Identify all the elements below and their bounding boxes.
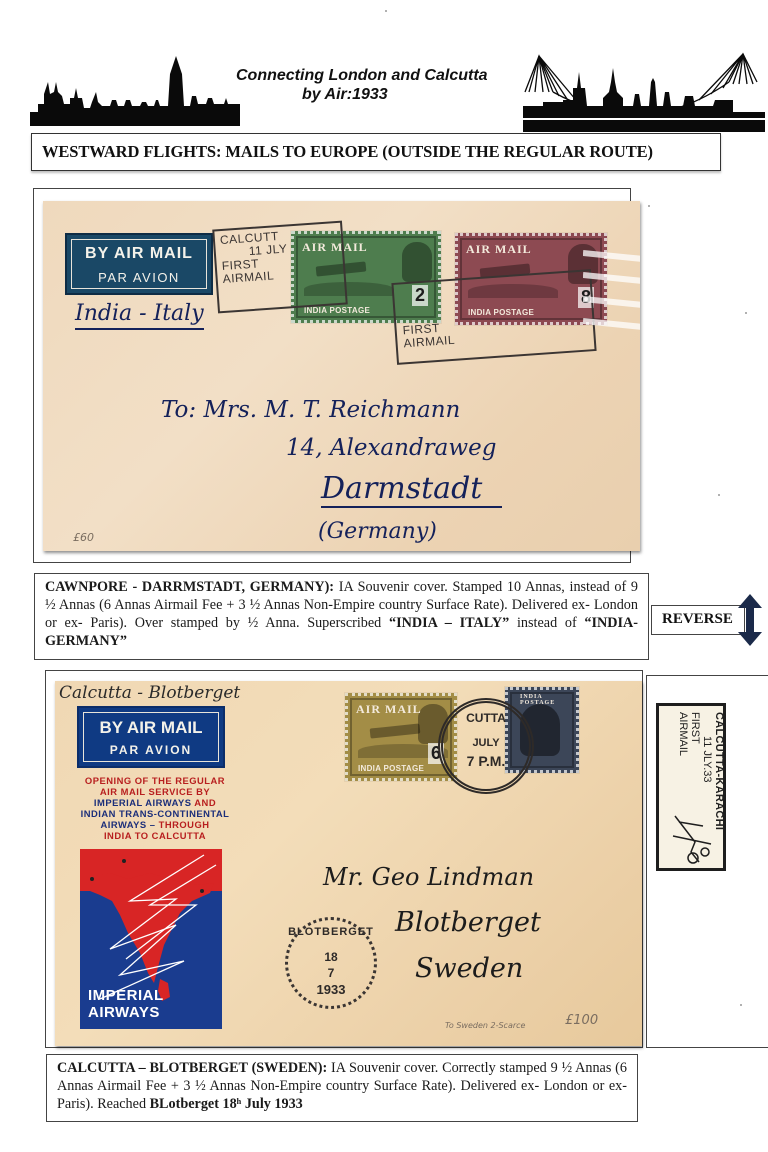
header-title-line2: by Air:1933 [236, 85, 526, 104]
airmail-label: BY AIR MAIL PAR AVION [65, 233, 213, 295]
airmail-label-line1: BY AIR MAIL [79, 718, 223, 738]
cover1-caption: CAWNPORE - DARRMSTADT, GERMANY): IA Souv… [34, 573, 649, 660]
stamp-bottom-text: INDIA POSTAGE [304, 306, 370, 315]
pencil-price-note: £60 [73, 531, 94, 544]
vignette-line2: AIRWAYS [88, 1004, 164, 1021]
stamp-top-text: AIR MAIL [356, 702, 422, 717]
vignette-line1: IMPERIAL [88, 987, 164, 1004]
cover2-caption: CALCUTTA – BLOTBERGET (SWEDEN): IA Souve… [46, 1054, 638, 1122]
address-line3: Darmstadt [321, 471, 502, 508]
address-line2: Blotberget [395, 907, 541, 938]
pencil-price-note: £100 [565, 1013, 598, 1028]
king-portrait-icon [402, 242, 432, 282]
airmail-label-line1: BY AIR MAIL [67, 245, 211, 263]
handwritten-route: Calcutta - Blotberget [59, 683, 240, 703]
address-line3: Sweden [415, 953, 523, 984]
calcutta-postmark: CUTTA JULY 7 P.M. [438, 698, 534, 794]
section-title: WESTWARD FLIGHTS: MAILS TO EUROPE (OUTSI… [31, 133, 721, 171]
postmark-line2: 18 [288, 950, 374, 964]
postmark-line3: 7 P.M. [443, 753, 529, 769]
address-line4: (Germany) [318, 519, 437, 544]
airmail-label: BY AIR MAIL PAR AVION [77, 706, 225, 768]
machine-cancel-lines-icon [583, 241, 640, 331]
postmark-line3: 7 [288, 966, 374, 980]
airmail-label-line2: PAR AVION [67, 270, 211, 285]
calcutta-bridge-skyline-icon [523, 52, 765, 132]
caption-emphasis: “INDIA – ITALY” [389, 615, 509, 631]
first-airmail-cancel: CALCUTT 11 JLY FIRST AIRMAIL [212, 221, 348, 314]
header-title: Connecting London and Calcutta by Air:19… [236, 66, 526, 104]
imperial-airways-name: IMPERIAL AIRWAYS [88, 987, 164, 1021]
pencil-scarcity-note: To Sweden 2-Scarce [445, 1021, 525, 1030]
caption-title: CALCUTTA – BLOTBERGET (SWEDEN): [57, 1060, 327, 1076]
speck [648, 205, 650, 207]
stamp-top-text: AIR MAIL [466, 242, 532, 257]
first-airmail-cancel-2: FIRST AIRMAIL [391, 269, 596, 365]
postmark-line2: JULY [443, 737, 529, 749]
cancel-line3: AIRMAIL [403, 334, 455, 351]
postmark-line1: BLOTBERGET [288, 926, 374, 938]
reverse-side-cancel: CALCUTTA-KARACHI 11 JLY.33 FIRST AIRMAIL [656, 703, 726, 871]
announcement-line: AIRWAYS – [100, 819, 155, 830]
speck [745, 312, 747, 314]
imperial-airways-vignette: IMPERIAL AIRWAYS [80, 849, 222, 1029]
cover1-envelope: BY AIR MAIL PAR AVION India - Italy AIR … [43, 201, 640, 551]
airplane-sketch-icon [669, 812, 717, 868]
announcement-line: AND [194, 797, 216, 808]
announcement-line: INDIAN TRANS-CONTINENTAL [75, 808, 235, 819]
postmark-line4: 1933 [288, 982, 374, 997]
announcement-line: AIR MAIL SERVICE BY [75, 786, 235, 797]
header-title-line1: Connecting London and Calcutta [236, 67, 488, 84]
announcement-line: THROUGH [159, 819, 210, 830]
address-line1: To: Mrs. M. T. Reichmann [161, 397, 460, 423]
cover2-envelope: Calcutta - Blotberget BY AIR MAIL PAR AV… [55, 681, 642, 1046]
blotberget-postmark: BLOTBERGET 18 7 1933 [285, 917, 377, 1009]
double-arrow-vertical-icon [738, 594, 762, 646]
speck [385, 10, 387, 12]
stamp-top-text: INDIA POSTAGE [520, 694, 576, 706]
opening-announcement: OPENING OF THE REGULAR AIR MAIL SERVICE … [75, 775, 235, 841]
london-skyline-icon [30, 52, 240, 126]
caption-title: CAWNPORE - DARRMSTADT, GERMANY): [45, 579, 334, 595]
stamp-bottom-text: INDIA POSTAGE [358, 764, 424, 773]
caption-text: instead of [509, 615, 584, 631]
announcement-line: OPENING OF THE REGULAR [75, 775, 235, 786]
caption-emphasis: BLotberget 18ʰ July 1933 [150, 1096, 303, 1112]
airmail-label-line2: PAR AVION [79, 743, 223, 757]
speck [740, 1004, 742, 1006]
address-line2: 14, Alexandraweg [286, 435, 496, 461]
announcement-line: INDIA TO CALCUTTA [75, 830, 235, 841]
address-line1: Mr. Geo Lindman [323, 863, 534, 891]
superscription: India - Italy [75, 301, 204, 330]
speck [718, 494, 720, 496]
reverse-tag: REVERSE [651, 605, 745, 635]
postmark-line1: CUTTA [443, 711, 529, 725]
announcement-line: IMPERIAL AIRWAYS [94, 797, 192, 808]
